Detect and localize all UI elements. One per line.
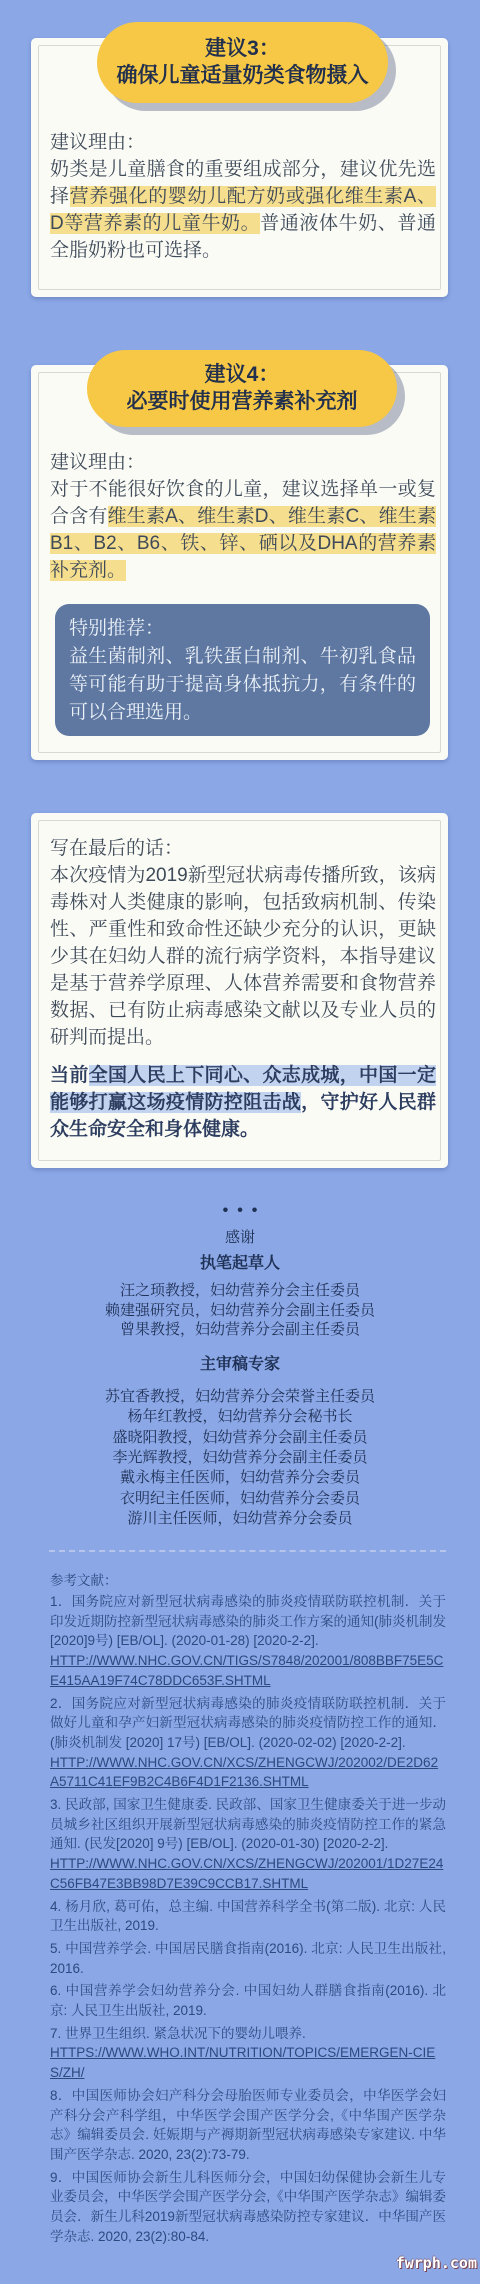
closing-paragraph-1: 本次疫情为2019新型冠状病毒传播所致，该病毒株对人类健康的影响，包括致病机制、… xyxy=(50,862,436,1051)
closing-heading: 写在最后的话： xyxy=(50,835,436,862)
reference-item: 5. 中国营养学会. 中国居民膳食指南(2016). 北京: 人民卫生出版社, … xyxy=(50,1939,446,1978)
reference-url[interactable]: HTTP://WWW.NHC.GOV.CN/TIGS/S7848/202001/… xyxy=(50,1651,446,1690)
reference-text: 7. 世界卫生组织. 紧急状况下的婴幼儿喂养. xyxy=(50,2026,306,2041)
reference-item: 1．国务院应对新型冠状病毒感染的肺炎疫情联防联控机制．关于印发近期防控新型冠状病… xyxy=(50,1592,446,1691)
closing-card: 写在最后的话： 本次疫情为2019新型冠状病毒传播所致，该病毒株对人类健康的影响… xyxy=(31,813,448,1168)
reference-item: 8．中国医师协会妇产科分会母胎医师专业委员会，中华医学会妇产科分会产科学组，中华… xyxy=(50,2086,446,2165)
reference-url[interactable]: HTTPS://WWW.WHO.INT/NUTRITION/TOPICS/EME… xyxy=(50,2043,446,2082)
acknowledgment-section: ••• 感谢 执笔起草人 汪之顼教授，妇幼营养分会主任委员赖建强研究员，妇幼营养… xyxy=(0,1203,480,1529)
reference-url[interactable]: HTTP://WWW.NHC.GOV.CN/XCS/ZHENGCWJ/20200… xyxy=(50,1854,446,1893)
text-run: 当前 xyxy=(50,1065,89,1086)
reference-text: 4. 杨月欣, 葛可佑，总主编. 中国营养科学全书(第二版). 北京: 人民卫生… xyxy=(50,1899,446,1934)
special-recommendation-box: 特别推荐： 益生菌制剂、乳铁蛋白制剂、牛初乳食品等可能有助于提高身体抵抗力，有条… xyxy=(55,604,430,736)
special-box-body: 益生菌制剂、乳铁蛋白制剂、牛初乳食品等可能有助于提高身体抵抗力，有条件的可以合理… xyxy=(69,643,416,727)
reference-text: 5. 中国营养学会. 中国居民膳食指南(2016). 北京: 人民卫生出版社, … xyxy=(50,1941,446,1976)
reviewer-name: 戴永梅主任医师，妇幼营养分会委员 xyxy=(0,1468,480,1488)
dots-separator-icon: ••• xyxy=(0,1203,480,1219)
watermark: fwrph.com xyxy=(396,2254,477,2272)
thanks-title: 感谢 xyxy=(0,1228,480,1247)
reviewer-name: 游川主任医师，妇幼营养分会委员 xyxy=(0,1509,480,1529)
references-section: 参考文献： 1．国务院应对新型冠状病毒感染的肺炎疫情联防联控机制．关于印发近期防… xyxy=(50,1571,446,2250)
reference-item: 6. 中国营养学会妇幼营养分会. 中国妇幼人群膳食指南(2016). 北京: 人… xyxy=(50,1981,446,2020)
drafter-name: 汪之顼教授，妇幼营养分会主任委员 xyxy=(0,1281,480,1301)
reference-text: 3. 民政部, 国家卫生健康委. 民政部、国家卫生健康委关于进一步动员城乡社区组… xyxy=(50,1797,446,1851)
reviewer-name: 杨年红教授，妇幼营养分会秘书长 xyxy=(0,1407,480,1427)
reason-label: 建议理由： xyxy=(50,129,436,156)
recommendation4-badge: 建议4： 必要时使用营养素补充剂 xyxy=(87,350,397,427)
drafters-list: 汪之顼教授，妇幼营养分会主任委员赖建强研究员，妇幼营养分会副主任委员曾果教授，妇… xyxy=(0,1281,480,1340)
closing-paragraph-2: 当前全国人民上下同心、众志成城，中国一定能够打赢这场疫情防控阻击战，守护好人民群… xyxy=(50,1062,436,1143)
reviewers-heading: 主审稿专家 xyxy=(0,1354,480,1375)
reference-item: 4. 杨月欣, 葛可佑，总主编. 中国营养科学全书(第二版). 北京: 人民卫生… xyxy=(50,1897,446,1936)
reference-url[interactable]: HTTP://WWW.NHC.GOV.CN/XCS/ZHENGCWJ/20200… xyxy=(50,1753,446,1792)
drafters-heading: 执笔起草人 xyxy=(0,1253,480,1274)
reference-text: 2．国务院应对新型冠状病毒感染的肺炎疫情联防联控机制．关于做好儿童和孕产妇新型冠… xyxy=(50,1696,446,1750)
reference-item: 2．国务院应对新型冠状病毒感染的肺炎疫情联防联控机制．关于做好儿童和孕产妇新型冠… xyxy=(50,1694,446,1793)
special-box-title: 特别推荐： xyxy=(69,615,416,643)
recommendation3-body: 奶类是儿童膳食的重要组成部分，建议优先选择营养强化的婴幼儿配方奶或强化维生素A、… xyxy=(50,156,436,264)
reason-label: 建议理由： xyxy=(50,449,436,476)
references-list: 1．国务院应对新型冠状病毒感染的肺炎疫情联防联控机制．关于印发近期防控新型冠状病… xyxy=(50,1592,446,2247)
reference-item: 7. 世界卫生组织. 紧急状况下的婴幼儿喂养.HTTPS://WWW.WHO.I… xyxy=(50,2024,446,2083)
badge-title: 建议3： xyxy=(205,35,280,62)
badge-subtitle: 确保儿童适量奶类食物摄入 xyxy=(117,62,369,90)
drafter-name: 曾果教授，妇幼营养分会副主任委员 xyxy=(0,1320,480,1340)
badge-subtitle: 必要时使用营养素补充剂 xyxy=(127,388,358,416)
reference-text: 6. 中国营养学会妇幼营养分会. 中国妇幼人群膳食指南(2016). 北京: 人… xyxy=(50,1983,446,2018)
reviewer-name: 衣明纪主任医师，妇幼营养分会委员 xyxy=(0,1489,480,1509)
badge-title: 建议4： xyxy=(205,361,280,388)
reference-text: 8．中国医师协会妇产科分会母胎医师专业委员会，中华医学会妇产科分会产科学组，中华… xyxy=(50,2088,446,2162)
recommendation3-badge: 建议3： 确保儿童适量奶类食物摄入 xyxy=(97,22,388,103)
reference-item: 9．中国医师协会新生儿科医师分会，中国妇幼保健协会新生儿专业委员会，中华医学会围… xyxy=(50,2168,446,2247)
references-label: 参考文献： xyxy=(50,1571,446,1591)
reference-item: 3. 民政部, 国家卫生健康委. 民政部、国家卫生健康委关于进一步动员城乡社区组… xyxy=(50,1795,446,1894)
reference-text: 1．国务院应对新型冠状病毒感染的肺炎疫情联防联控机制．关于印发近期防控新型冠状病… xyxy=(50,1594,446,1648)
reviewers-list: 苏宜香教授，妇幼营养分会荣誉主任委员杨年红教授，妇幼营养分会秘书长盛晓阳教授，妇… xyxy=(0,1387,480,1529)
dashed-divider xyxy=(49,1550,446,1552)
reviewer-name: 李光辉教授，妇幼营养分会副主任委员 xyxy=(0,1448,480,1468)
recommendation4-body: 对于不能很好饮食的儿童，建议选择单一或复合含有维生素A、维生素D、维生素C、维生… xyxy=(50,476,436,584)
drafter-name: 赖建强研究员，妇幼营养分会副主任委员 xyxy=(0,1301,480,1321)
reference-text: 9．中国医师协会新生儿科医师分会，中国妇幼保健协会新生儿专业委员会，中华医学会围… xyxy=(50,2170,446,2244)
text-run: 维生素A、维生素D、维生素C、维生素B1、B2、B6、铁、锌、硒以及DHA的营养… xyxy=(50,506,436,581)
reviewer-name: 苏宜香教授，妇幼营养分会荣誉主任委员 xyxy=(0,1387,480,1407)
infographic-page: 建议3： 确保儿童适量奶类食物摄入 建议理由： 奶类是儿童膳食的重要组成部分，建… xyxy=(0,0,480,2284)
reviewer-name: 盛晓阳教授，妇幼营养分会副主任委员 xyxy=(0,1428,480,1448)
